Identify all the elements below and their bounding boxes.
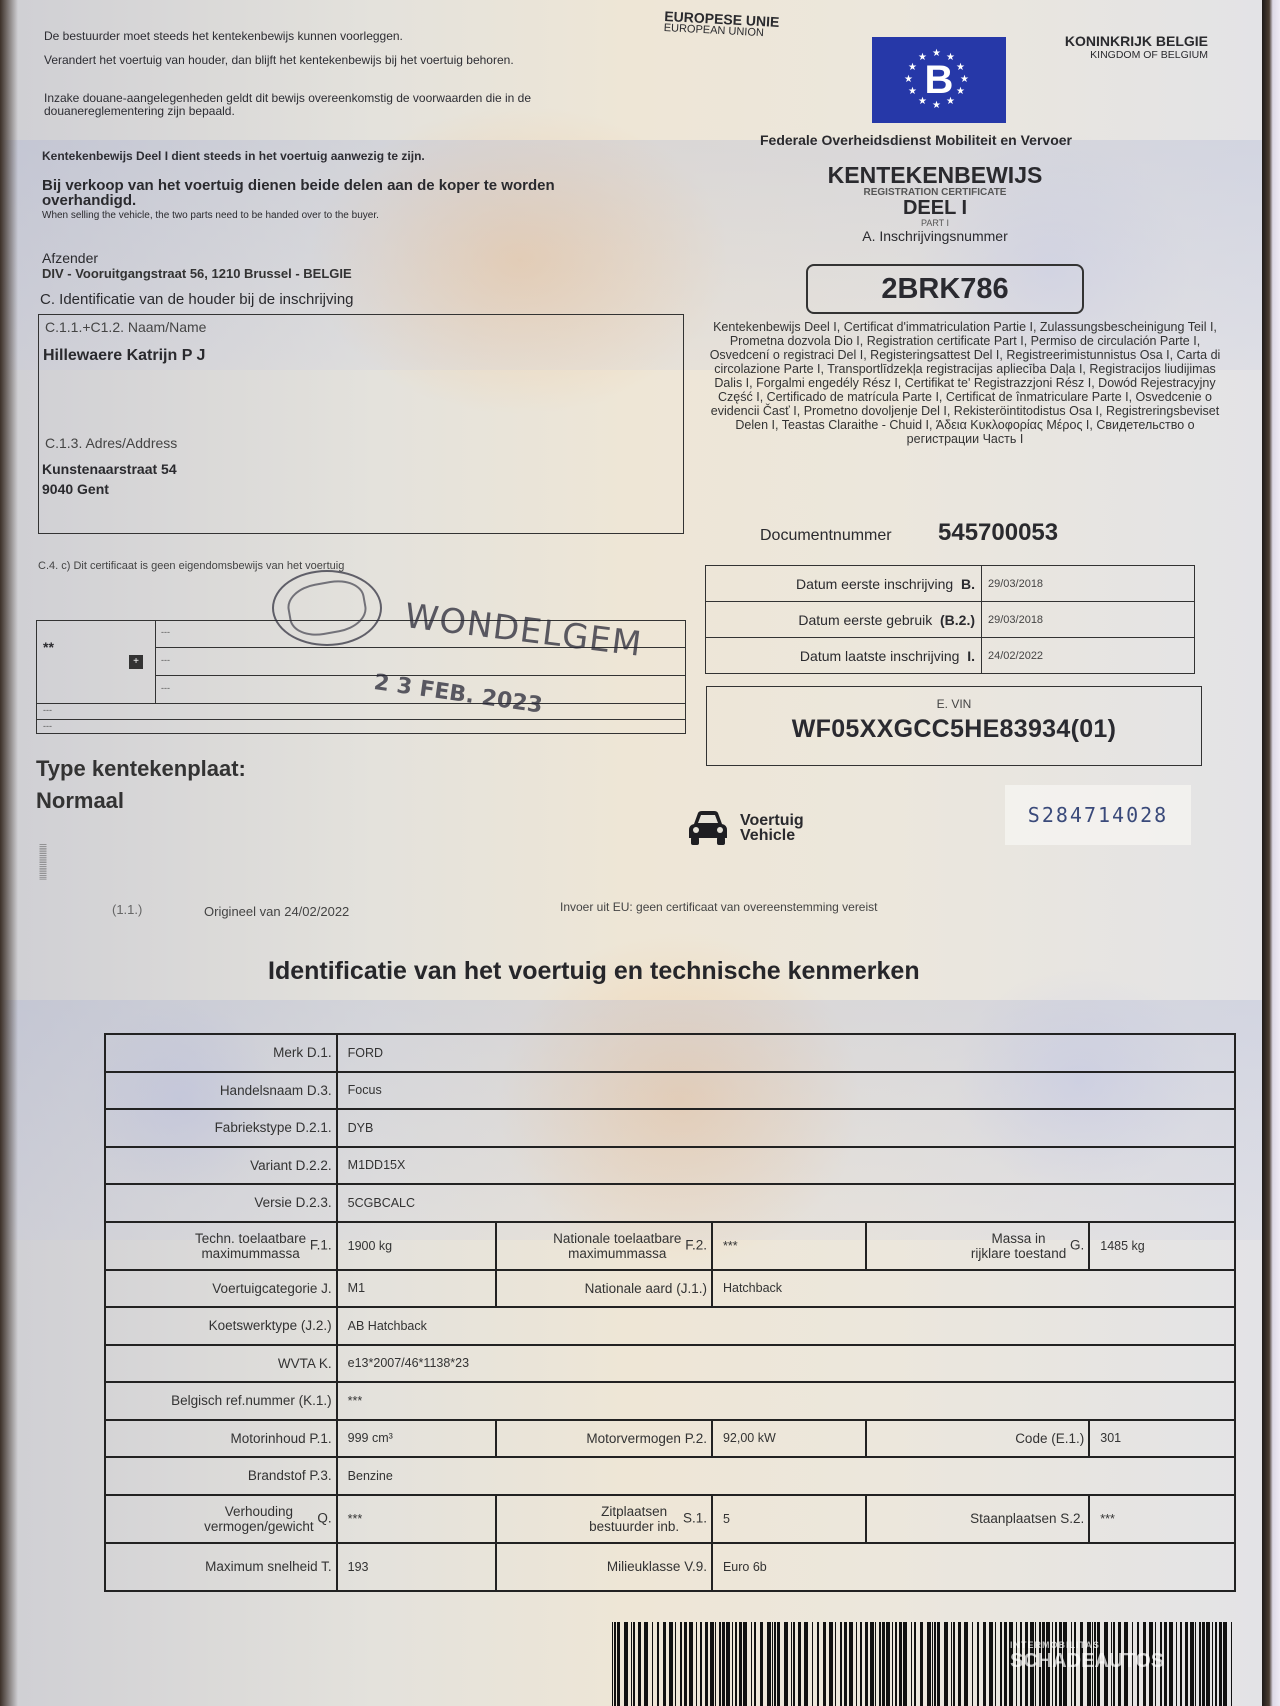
- code: D.2.1.: [296, 1120, 332, 1135]
- label: Maximum snelheid: [205, 1559, 318, 1574]
- date-value: 29/03/2018: [982, 566, 1195, 602]
- date-row: Datum eerste inschrijving B. 29/03/2018: [706, 566, 1195, 602]
- sender-address: DIV - Vooruitgangstraat 56, 1210 Brussel…: [42, 266, 352, 281]
- document-number: 545700053: [938, 519, 1058, 547]
- g-value: 1485 kg: [1089, 1222, 1235, 1270]
- tech-row-speed: Maximum snelheid T. 193 Milieuklasse V.9…: [105, 1543, 1235, 1591]
- vin-box: E. VIN WF05XXGCC5HE83934(01): [706, 686, 1202, 766]
- holder-address-label: C.1.3. Adres/Address: [45, 435, 177, 451]
- tech-row-refnummer: Belgisch ref.nummer (K.1.) ***: [105, 1382, 1235, 1420]
- label: Merk: [273, 1045, 303, 1060]
- watermark: INTERMOBILITAS SCHADEAUTOS: [1010, 1640, 1164, 1673]
- holder-name: Hillewaere Katrijn P J: [43, 347, 205, 365]
- p1-value: 999 cm³: [337, 1420, 497, 1458]
- code: D.2.2.: [296, 1158, 332, 1173]
- dash: ---: [161, 627, 170, 637]
- label: vermogen/gewicht: [204, 1519, 314, 1534]
- j2-value: AB Hatchback: [337, 1307, 1235, 1345]
- vertical-print-code: ||||||||||||||||||||: [40, 844, 47, 880]
- label: Nationale toelaatbare: [553, 1231, 681, 1246]
- vin-label: E. VIN: [707, 697, 1201, 711]
- car-icon: [686, 808, 730, 848]
- label: Fabriekstype: [215, 1120, 292, 1135]
- reg-number-label: A. Inschrijvingsnummer: [800, 228, 1070, 245]
- label: Koetswerktype: [209, 1318, 298, 1333]
- notice-part1-present: Kentekenbewijs Deel I dient steeds in he…: [42, 150, 602, 163]
- holder-section-title: C. Identificatie van de houder bij de in…: [40, 291, 354, 308]
- multilingual-title: Kentekenbewijs Deel I, Certificat d'imma…: [700, 320, 1230, 446]
- technical-title: Identificatie van het voertuig en techni…: [268, 957, 920, 986]
- code: P.1.: [309, 1431, 331, 1446]
- notice-driver: De bestuurder moet steeds het kentekenbe…: [44, 30, 604, 43]
- p2-value: 92,00 kW: [712, 1420, 866, 1458]
- date-code: B.: [961, 576, 975, 592]
- date-label: Datum eerste gebruik: [798, 612, 932, 628]
- vin-value: WF05XXGCC5HE83934(01): [707, 715, 1201, 744]
- q-value: ***: [337, 1495, 497, 1543]
- version: (1.1.): [112, 902, 142, 917]
- municipal-seal-icon: [272, 570, 382, 646]
- plate-type-label: Type kentekenplaat:: [36, 756, 246, 782]
- e1-value: 301: [1089, 1420, 1235, 1458]
- tech-row-fuel: Brandstof P.3. Benzine: [105, 1457, 1235, 1495]
- code: J.: [321, 1281, 332, 1296]
- country-label: KONINKRIJK BELGIE KINGDOM OF BELGIUM: [1036, 33, 1208, 61]
- vehicle-badge: Voertuig Vehicle: [686, 808, 804, 848]
- label: Variant: [250, 1158, 292, 1173]
- label: Techn. toelaatbare: [195, 1231, 306, 1246]
- watermark-line2: SCHADEAUTOS: [1010, 1650, 1164, 1673]
- technical-table: Merk D.1. FORD Handelsnaam D.3. Focus Fa…: [104, 1033, 1236, 1592]
- code: D.2.3.: [296, 1195, 332, 1210]
- dash: ---: [161, 655, 170, 665]
- handelsnaam-value: Focus: [337, 1072, 1235, 1110]
- vehicle-label: Voertuig Vehicle: [740, 813, 804, 843]
- label: Nationale aard: [585, 1281, 673, 1296]
- notice-sale: Bij verkoop van het voertuig dienen beid…: [42, 178, 602, 208]
- date-code: I.: [967, 648, 975, 664]
- f2-value: ***: [712, 1222, 866, 1270]
- country-letter: B: [925, 58, 954, 103]
- code: (J.1.): [676, 1281, 707, 1296]
- eu-flag-icon: ★ ★ ★ ★ ★ ★ ★ ★ ★ ★ ★ ★ B: [872, 37, 1006, 123]
- label: Staanplaatsen: [970, 1511, 1056, 1526]
- tech-row-versie: Versie D.2.3. 5CGBCALC: [105, 1184, 1235, 1222]
- country-nl: KONINKRIJK BELGIE: [1036, 33, 1208, 49]
- code: D.1.: [307, 1045, 332, 1060]
- registration-number: 2BRK786: [806, 264, 1084, 314]
- code: G.: [1070, 1237, 1084, 1252]
- tech-row-handelsnaam: Handelsnaam D.3. Focus: [105, 1072, 1235, 1110]
- tech-row-category: Voertuigcategorie J. M1 Nationale aard (…: [105, 1270, 1235, 1308]
- date-value: 29/03/2018: [982, 602, 1195, 638]
- j1-value: Hatchback: [712, 1270, 1235, 1308]
- document-number-label: Documentnummer: [760, 527, 892, 545]
- label: Motorinhoud: [231, 1431, 306, 1446]
- v9-value: Euro 6b: [712, 1543, 1235, 1591]
- tech-row-seats: Verhoudingvermogen/gewicht Q. *** Zitpla…: [105, 1495, 1235, 1543]
- notice-holder-change: Verandert het voertuig van houder, dan b…: [44, 54, 584, 67]
- label: Verhouding: [225, 1504, 293, 1519]
- s2-value: ***: [1089, 1495, 1235, 1543]
- f1-value: 1900 kg: [337, 1222, 497, 1270]
- label: rijklare toestand: [971, 1246, 1066, 1261]
- page-shadow: [0, 0, 18, 1706]
- code: D.3.: [307, 1083, 332, 1098]
- code: V.9.: [684, 1559, 707, 1574]
- date-code: (B.2.): [940, 612, 975, 628]
- t-value: 193: [337, 1543, 497, 1591]
- registration-dates: Datum eerste inschrijving B. 29/03/2018 …: [705, 565, 1195, 674]
- tech-row-bodywork: Koetswerktype (J.2.) AB Hatchback: [105, 1307, 1235, 1345]
- label: maximummassa: [201, 1246, 299, 1261]
- label: Belgisch ref.nummer: [171, 1393, 295, 1408]
- doc-title: KENTEKENBEWIJS: [800, 164, 1070, 187]
- sender-label: Afzender: [42, 250, 98, 266]
- label: Brandstof: [248, 1468, 306, 1483]
- registration-certificate: De bestuurder moet steeds het kentekenbe…: [0, 0, 1262, 1706]
- date-label: Datum laatste inschrijving: [800, 648, 960, 664]
- background-edge: [1262, 0, 1280, 1706]
- vehicle-label-nl: Voertuig: [740, 813, 804, 828]
- import-note: Invoer uit EU: geen certificaat van over…: [560, 900, 877, 914]
- code: S.1.: [683, 1510, 707, 1525]
- tech-row-variant: Variant D.2.2. M1DD15X: [105, 1147, 1235, 1185]
- holder-name-label: C.1.1.+C1.2. Naam/Name: [45, 319, 206, 335]
- code: P.3.: [309, 1468, 331, 1483]
- plus-icon: +: [129, 655, 143, 669]
- code: S.2.: [1060, 1511, 1084, 1526]
- label: Milieuklasse: [607, 1559, 681, 1574]
- code: F.1.: [310, 1237, 332, 1252]
- k1-value: ***: [337, 1382, 1235, 1420]
- authority: Federale Overheidsdienst Mobiliteit en V…: [760, 132, 1072, 148]
- holder-address-street: Kunstenaarstraat 54: [42, 461, 177, 477]
- tech-row-merk: Merk D.1. FORD: [105, 1034, 1235, 1072]
- merk-value: FORD: [337, 1034, 1235, 1072]
- watermark-line1: INTERMOBILITAS: [1010, 1640, 1164, 1650]
- original-date: Origineel van 24/02/2022: [204, 904, 349, 919]
- doc-part-en: PART I: [800, 219, 1070, 228]
- versie-value: 5CGBCALC: [337, 1184, 1235, 1222]
- country-en: KINGDOM OF BELGIUM: [1036, 49, 1208, 61]
- holder-box: C.1.1.+C1.2. Naam/Name Hillewaere Katrij…: [38, 314, 684, 534]
- doc-title-block: KENTEKENBEWIJS REGISTRATION CERTIFICATE …: [800, 164, 1070, 245]
- code: F.2.: [685, 1237, 707, 1252]
- tech-row-fabriekstype: Fabriekstype D.2.1. DYB: [105, 1109, 1235, 1147]
- j-value: M1: [337, 1270, 497, 1308]
- label: WVTA: [278, 1356, 315, 1371]
- notice-customs: Inzake douane-aangelegenheden geldt dit …: [44, 92, 614, 118]
- doc-part: DEEL I: [800, 198, 1070, 219]
- tech-row-wvta: WVTA K. e13*2007/46*1138*23: [105, 1345, 1235, 1383]
- stamp-grid-marker: **: [43, 639, 54, 655]
- date-row: Datum laatste inschrijving I. 24/02/2022: [706, 638, 1195, 674]
- dash: ---: [43, 705, 52, 715]
- holder-address-city: 9040 Gent: [42, 481, 109, 497]
- date-row: Datum eerste gebruik (B.2.) 29/03/2018: [706, 602, 1195, 638]
- date-label: Datum eerste inschrijving: [796, 576, 953, 592]
- label: Massa in: [992, 1231, 1046, 1246]
- tech-row-engine: Motorinhoud P.1. 999 cm³ Motorvermogen P…: [105, 1420, 1235, 1458]
- dash: ---: [161, 683, 170, 693]
- label: Versie: [254, 1195, 292, 1210]
- date-value: 24/02/2022: [982, 638, 1195, 674]
- label: Code: [1015, 1431, 1047, 1446]
- code: T.: [321, 1559, 332, 1574]
- fabriekstype-value: DYB: [337, 1109, 1235, 1147]
- p3-value: Benzine: [337, 1457, 1235, 1495]
- variant-value: M1DD15X: [337, 1147, 1235, 1185]
- code: (J.2.): [301, 1318, 332, 1333]
- label: Voertuigcategorie: [212, 1281, 317, 1296]
- plate-type-value: Normaal: [36, 788, 124, 814]
- serial-number: S284714028: [1005, 785, 1191, 845]
- code: P.2.: [685, 1431, 707, 1446]
- label: Motorvermogen: [586, 1431, 681, 1446]
- ownership-note: C.4. c) Dit certificaat is geen eigendom…: [38, 560, 344, 572]
- label: Handelsnaam: [220, 1083, 303, 1098]
- label: bestuurder inb.: [589, 1519, 679, 1534]
- tech-row-mass: Techn. toelaatbaremaximummassa F.1. 1900…: [105, 1222, 1235, 1270]
- eu-label: EUROPESE UNIE EUROPEAN UNION: [663, 9, 779, 40]
- s1-value: 5: [712, 1495, 866, 1543]
- label: maximummassa: [568, 1246, 666, 1261]
- code: K.: [319, 1356, 332, 1371]
- code: Q.: [317, 1510, 331, 1525]
- notice-sale-en: When selling the vehicle, the two parts …: [42, 210, 602, 221]
- vehicle-label-en: Vehicle: [740, 828, 804, 843]
- k-value: e13*2007/46*1138*23: [337, 1345, 1235, 1383]
- code: (E.1.): [1051, 1431, 1084, 1446]
- label: Zitplaatsen: [601, 1504, 667, 1519]
- code: (K.1.): [299, 1393, 332, 1408]
- dash: ---: [43, 721, 52, 731]
